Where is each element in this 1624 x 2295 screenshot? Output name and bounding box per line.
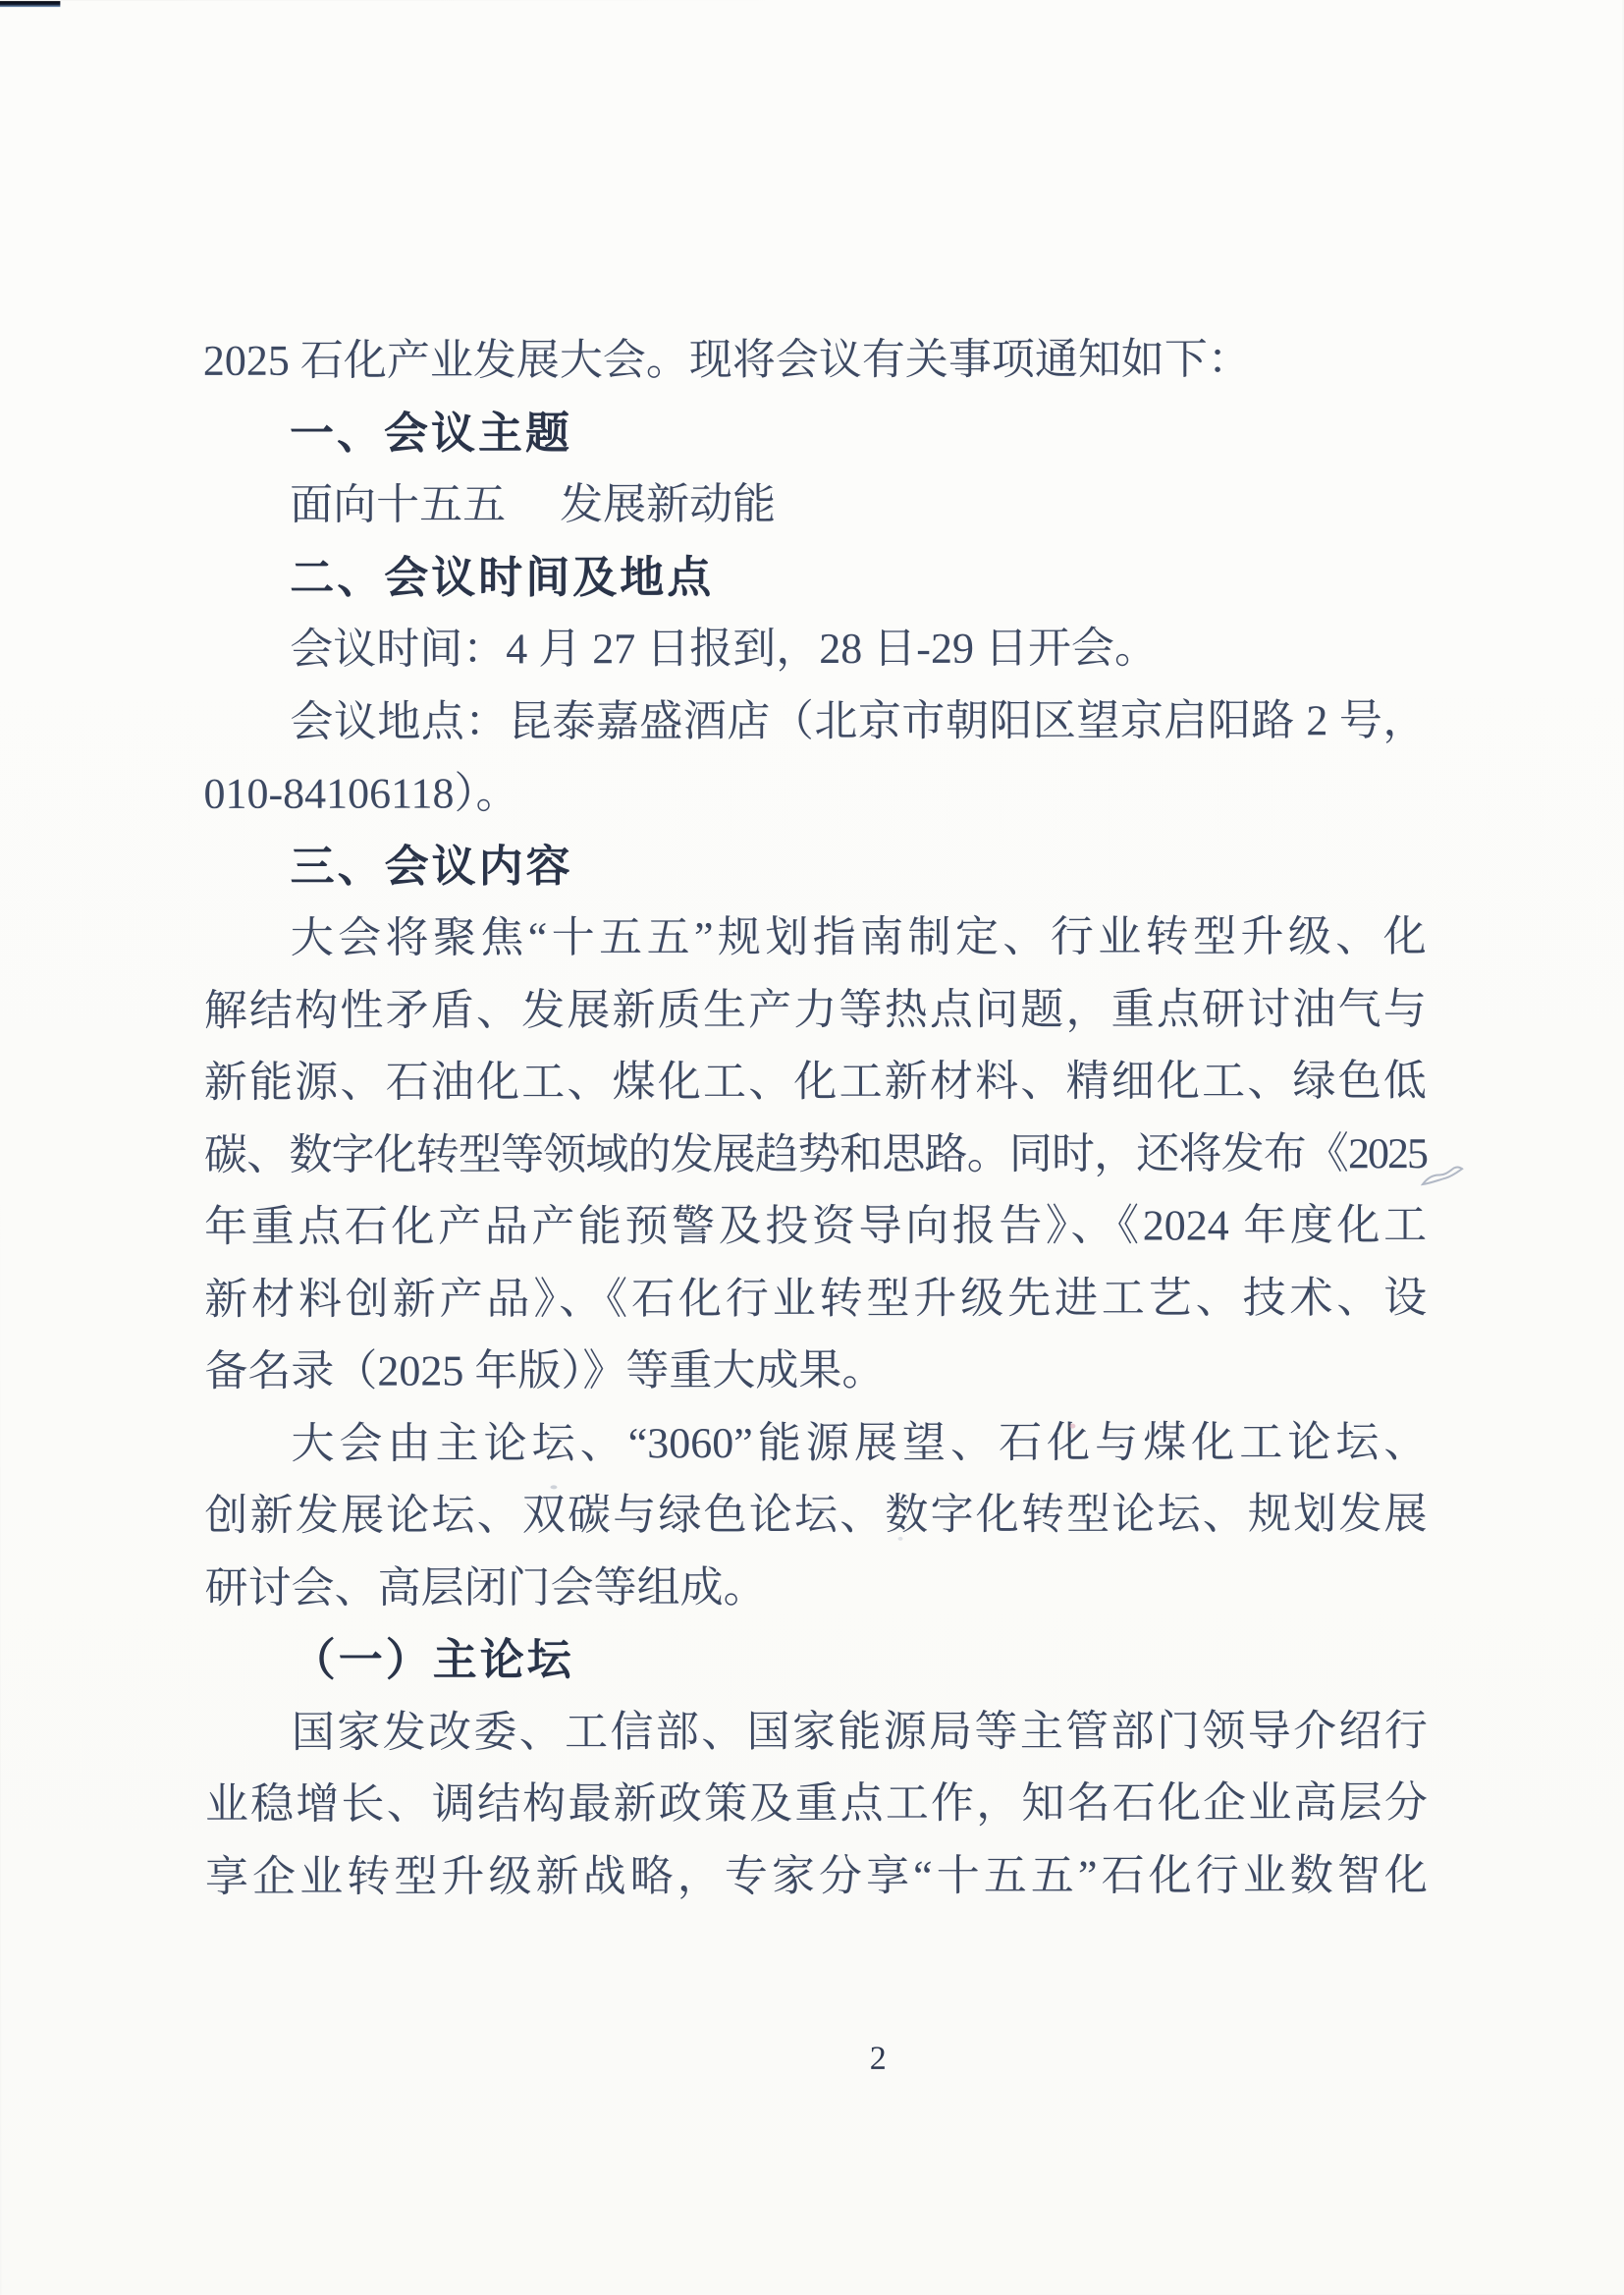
text-line: 碳、数字化转型等领域的发展趋势和思路。同时，还将发布《2025 (204, 1118, 1427, 1191)
text-line: 备名录（2025 年版）》等重大成果。 (204, 1334, 1427, 1407)
scan-speck (1069, 1424, 1075, 1429)
text-line: 享企业转型升级新战略，专家分享“十五五”石化行业数智化 (205, 1839, 1428, 1913)
page-number: 2 (843, 2041, 912, 2078)
subsection-heading: （一）主论坛 (205, 1622, 1428, 1696)
scan-speck (898, 1537, 903, 1541)
scanned-document-page: 2025 石化产业发展大会。现将会议有关事项通知如下： 一、会议主题 面向十五五… (0, 0, 1624, 2295)
scan-speck (550, 1485, 557, 1489)
text-line: 2025 石化产业发展大会。现将会议有关事项通知如下： (203, 323, 1426, 397)
scan-edge-mark-icon (0, 1, 60, 7)
text-line: 会议时间：4 月 27 日报到，28 日-29 日开会。 (203, 612, 1426, 685)
text-line: 年重点石化产品产能预警及投资导向报告》、《2024 年度化工 (204, 1189, 1427, 1263)
text-line: 会议地点：昆泰嘉盛酒店（北京市朝阳区望京启阳路 2 号， (203, 684, 1426, 758)
section-heading: 二、会议时间及地点 (203, 540, 1426, 614)
text-line: 010-84106118）。 (203, 756, 1426, 830)
section-heading: 一、会议主题 (203, 396, 1426, 469)
text-line: 大会由主论坛、“3060”能源展望、石化与煤化工论坛、 (204, 1406, 1427, 1480)
text-line: 新能源、石油化工、煤化工、化工新材料、精细化工、绿色低 (204, 1045, 1427, 1119)
text-line: 新材料创新产品》、《石化行业转型升级先进工艺、技术、设 (204, 1262, 1427, 1336)
text-line: 大会将聚焦“十五五”规划指南制定、行业转型升级、化 (204, 901, 1427, 974)
text-line: 创新发展论坛、双碳与绿色论坛、数字化转型论坛、规划发展 (204, 1478, 1427, 1552)
text-line: 面向十五五 发展新动能 (203, 467, 1426, 541)
text-line: 解结构性矛盾、发展新质生产力等热点问题，重点研讨油气与 (204, 973, 1427, 1047)
section-heading: 三、会议内容 (204, 829, 1427, 902)
text-line: 业稳增长、调结构最新政策及重点工作，知名石化企业高层分 (205, 1767, 1428, 1840)
text-line: 研讨会、高层闭门会等组成。 (205, 1551, 1428, 1624)
text-line: 国家发改委、工信部、国家能源局等主管部门领导介绍行 (205, 1695, 1428, 1769)
document-body: 2025 石化产业发展大会。现将会议有关事项通知如下： 一、会议主题 面向十五五… (203, 323, 1428, 1913)
